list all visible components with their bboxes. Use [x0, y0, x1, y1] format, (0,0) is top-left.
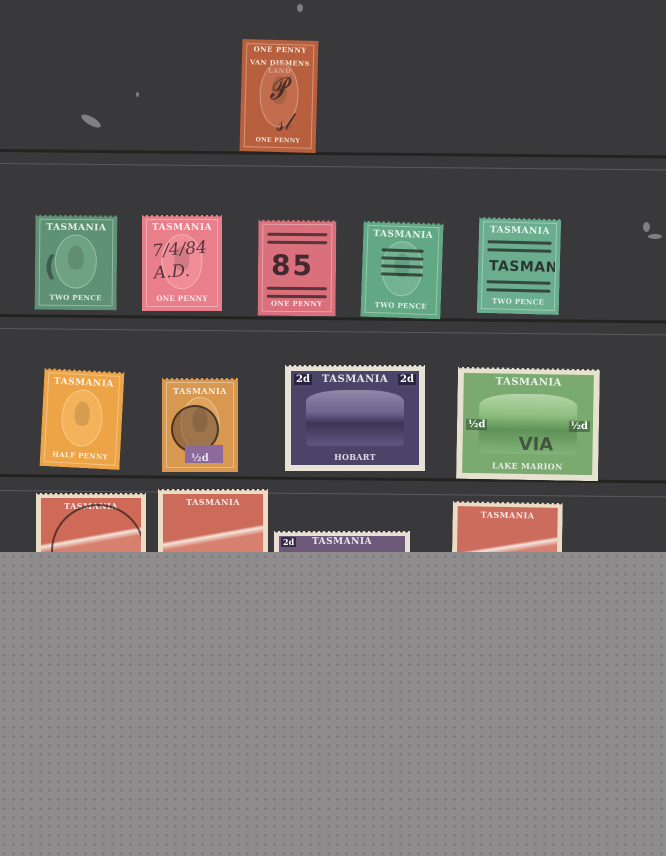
- stamp-country-label: TASMANIA: [163, 497, 263, 507]
- stamp-pictorial-1d-red-b: TASMANIA: [158, 489, 268, 552]
- value-corner-right: ½d: [568, 421, 590, 432]
- stamp-place-label: HOBART: [291, 452, 419, 462]
- value-corner-right: 2d: [398, 374, 416, 385]
- strip-edge: [0, 163, 666, 170]
- mountain-scene: [457, 529, 558, 552]
- strip-edge: [0, 328, 666, 335]
- strip-divider: [0, 149, 666, 158]
- stock-page: ONE PENNY VAN DIEMENS LAND 𝓟 𝓈𝓁 ONE PENN…: [0, 0, 666, 552]
- stamp-country-label: TASMANIA: [49, 376, 119, 390]
- stamp-country-label: TASMANIA: [464, 376, 594, 389]
- barred-cancel: [488, 240, 552, 258]
- lint-speck: [297, 4, 303, 12]
- harbour-scene: [306, 390, 403, 446]
- stamp-qv-2d-green-1: TASMANIA ( TWO PENCE: [35, 215, 118, 311]
- lint-speck: [648, 234, 662, 239]
- numeral-cancel: 85: [271, 249, 314, 282]
- stamp-value-label: ½d: [167, 453, 233, 464]
- stamp-country-label: TASMANIA: [147, 223, 217, 233]
- manuscript-cancel: 7/4/84 A.D.: [152, 236, 218, 285]
- queen-portrait: [60, 389, 104, 448]
- stamp-country-label: TASMANIA: [368, 229, 438, 241]
- postmark: (: [44, 250, 57, 283]
- stamp-qv-halfd-orange-mauve: TASMANIA ½d: [162, 378, 238, 472]
- stamp-qv-2d-green-3: TASMANIA TASMAN TWO PENCE: [477, 217, 561, 315]
- barred-cancel: [487, 280, 551, 298]
- postmark: [51, 504, 141, 552]
- stamp-pictorial-1d-red-c: TASMANIA: [451, 501, 563, 552]
- stamp-country-label: TASMANIA: [458, 509, 558, 521]
- stamp-value-label: TWO PENCE: [366, 300, 436, 311]
- stamp-qv-2d-green-2: TASMANIA TWO PENCE: [360, 221, 443, 320]
- lint-speck: [643, 222, 650, 232]
- stamp-country-label: TASMANIA: [40, 223, 112, 234]
- stamp-country-label: TASMANIA: [279, 537, 405, 547]
- stamp-pictorial-hobart-2d: TASMANIA 2d 2d HOBART: [285, 365, 425, 471]
- stamp-country-label: TASMANIA: [484, 225, 556, 237]
- stamp-bottom-label: ONE PENNY: [245, 136, 311, 145]
- stamp-pictorial-1d-red-a: TASMANIA: [36, 493, 146, 552]
- stamp-pictorial-2d-violet: 2d TASMANIA: [274, 531, 410, 552]
- stamp-qv-halfpenny-orange: TASMANIA HALF PENNY: [39, 368, 124, 470]
- stamp-value-label: TWO PENCE: [40, 293, 112, 303]
- lint-speck: [79, 112, 102, 130]
- value-corner-left: 2d: [294, 374, 312, 385]
- mountain-scene: [163, 518, 263, 552]
- stamp-vdl-chalon: ONE PENNY VAN DIEMENS LAND 𝓟 𝓈𝓁 ONE PENN…: [240, 39, 319, 153]
- stamp-value-label: HALF PENNY: [45, 449, 115, 462]
- stamp-value-label: ONE PENNY: [147, 294, 217, 303]
- barred-cancel: [267, 233, 327, 250]
- stamp-qv-1d-pink-numeral: 85 ONE PENNY: [258, 220, 337, 317]
- stamp-country-label: TASMANIA: [167, 386, 233, 396]
- value-corner-left: ½d: [466, 419, 488, 430]
- barred-cancel: [381, 248, 424, 281]
- stamp-value-label: ONE PENNY: [263, 299, 331, 309]
- lint-speck: [136, 92, 139, 97]
- stamp-pictorial-lake-marion: TASMANIA ½d ½d VIA LAKE MARION: [456, 367, 600, 481]
- stamp-value-label: ONE PENNY: [247, 44, 313, 55]
- stamp-place-label: LAKE MARION: [462, 460, 592, 472]
- town-cancel: VIA: [518, 434, 553, 456]
- town-cancel: TASMAN: [489, 258, 557, 276]
- stamp-qv-1d-pink-manuscript: TASMANIA 7/4/84 A.D. ONE PENNY: [142, 215, 222, 311]
- queen-portrait: [55, 234, 98, 289]
- stamp-value-label: TWO PENCE: [482, 296, 554, 307]
- truncated-image-fill: [0, 552, 666, 856]
